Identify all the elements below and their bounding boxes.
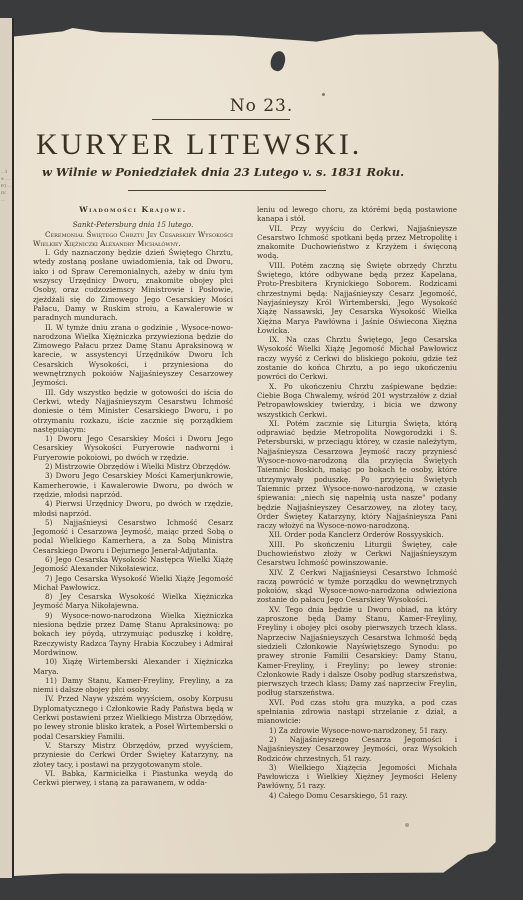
column-1: Wiadomości Krajowe. Sankt-Petersburg dni… <box>33 205 233 787</box>
divider <box>152 119 290 120</box>
paragraph: VII. Przy wyyściu do Cerkwi, Najjaśnieys… <box>257 224 457 261</box>
paragraph: XIII. Po skończeniu Liturgii Świętey, ca… <box>257 540 457 568</box>
issue-number: No 23. <box>0 96 523 116</box>
paragraph: 6) Jego Cesarska Wysokość Następca Wielk… <box>33 555 233 574</box>
paragraph: 3) Wielkiego Xiążęcia Jegomości Michała … <box>257 763 457 791</box>
paragraph: 11) Damy Stanu, Kamer-Freyliny, Freyliny… <box>33 676 233 695</box>
paragraph: XI. Potém zacznie się Liturgia Święta, k… <box>257 419 457 531</box>
paragraph: 10) Xiążę Wirtemberski Alexander i Xiężn… <box>33 657 233 676</box>
paragraph: XII. Order poda Kanclerz Orderów Rossyys… <box>257 530 457 539</box>
paragraph: III. Gdy wszystko będzie w gotowości do … <box>33 388 233 434</box>
paragraph: X. Po ukończeniu Chrztu zaśpiewane będzi… <box>257 382 457 419</box>
paragraph: VI. Babka, Karmicielka i Piastunka weydą… <box>33 769 233 788</box>
article-title: Ceremoniał Świętego Chrztu Jey Cesarskie… <box>33 230 233 249</box>
paragraph: 7) Jego Cesarska Wysokość Wielki Xiążę J… <box>33 574 233 593</box>
newspaper-title: KURYER LITEWSKI. <box>36 128 416 162</box>
paragraph: 2) Najjaśnieyszego Cesarza Jegomości i N… <box>257 735 457 763</box>
section-heading: Wiadomości Krajowe. <box>33 205 233 214</box>
place-date: Sankt-Petersburg dnia 15 lutego. <box>33 220 233 229</box>
paragraph: 1) Za zdrowie Wysoce-nowo-narodzoney, 51… <box>257 726 457 735</box>
paragraph: I. Gdy naznaczony będzie dzień Świętego … <box>33 248 233 322</box>
divider <box>128 190 326 191</box>
paragraph: IX. Na czas Chrztu Świętego, Jego Cesars… <box>257 335 457 381</box>
paragraph: 3) Dworu Jego Cesarskiey Mości Kamerjunk… <box>33 471 233 499</box>
paragraph: 4) Pierwsi Urzędnicy Dworu, po dwóch w r… <box>33 499 233 518</box>
paragraph: XIV. Z Cerkwi Najjaśnieysi Cesarstwo Ich… <box>257 568 457 605</box>
paragraph: 2) Mistrzowie Obrzędów i Wielki Mistrz O… <box>33 462 233 471</box>
paragraph: IV. Przed Nayw yższém wyyściem, osoby Ko… <box>33 694 233 740</box>
paragraph: II. W tymże dniu zrana o godzinie , Wyso… <box>33 323 233 388</box>
paragraph: XV. Tego dnia będzie u Dworu obiad, na k… <box>257 605 457 698</box>
dateline: w Wilnie w Poniedziałek dnia 23 Lutego v… <box>42 165 404 179</box>
paragraph: leniu od lewego choru, za którémi będą p… <box>257 205 457 224</box>
paragraph: 5) Najjaśnieysi Cesarstwo Ichmość Cesarz… <box>33 518 233 555</box>
paragraph: V. Starszy Mistrz Obrzędów, przed wyyści… <box>33 741 233 769</box>
column-2: leniu od lewego choru, za którémi będą p… <box>257 205 457 800</box>
paper-spot <box>405 823 409 827</box>
paragraph: 9) Wysoce-nowo-narodzona Wielka Xiężnicz… <box>33 611 233 657</box>
previous-page-text-fragment: ...19. ...P.] ...IV. ... <box>1 168 11 488</box>
paragraph: 1) Dworu Jego Cesarskiey Mości i Dworu J… <box>33 434 233 462</box>
previous-page-edge: ...19. ...P.] ...IV. ... <box>0 18 14 878</box>
paragraph: VIII. Potém zaczną się Święte obrzędy Ch… <box>257 261 457 335</box>
paragraph: 8) Jey Cesarska Wysokość Wielka Xiężnicz… <box>33 592 233 611</box>
paragraph: XVI. Pod czas stołu gra muzyka, a pod cz… <box>257 698 457 726</box>
paragraph: 4) Całego Domu Cesarskiego, 51 razy. <box>257 791 457 800</box>
